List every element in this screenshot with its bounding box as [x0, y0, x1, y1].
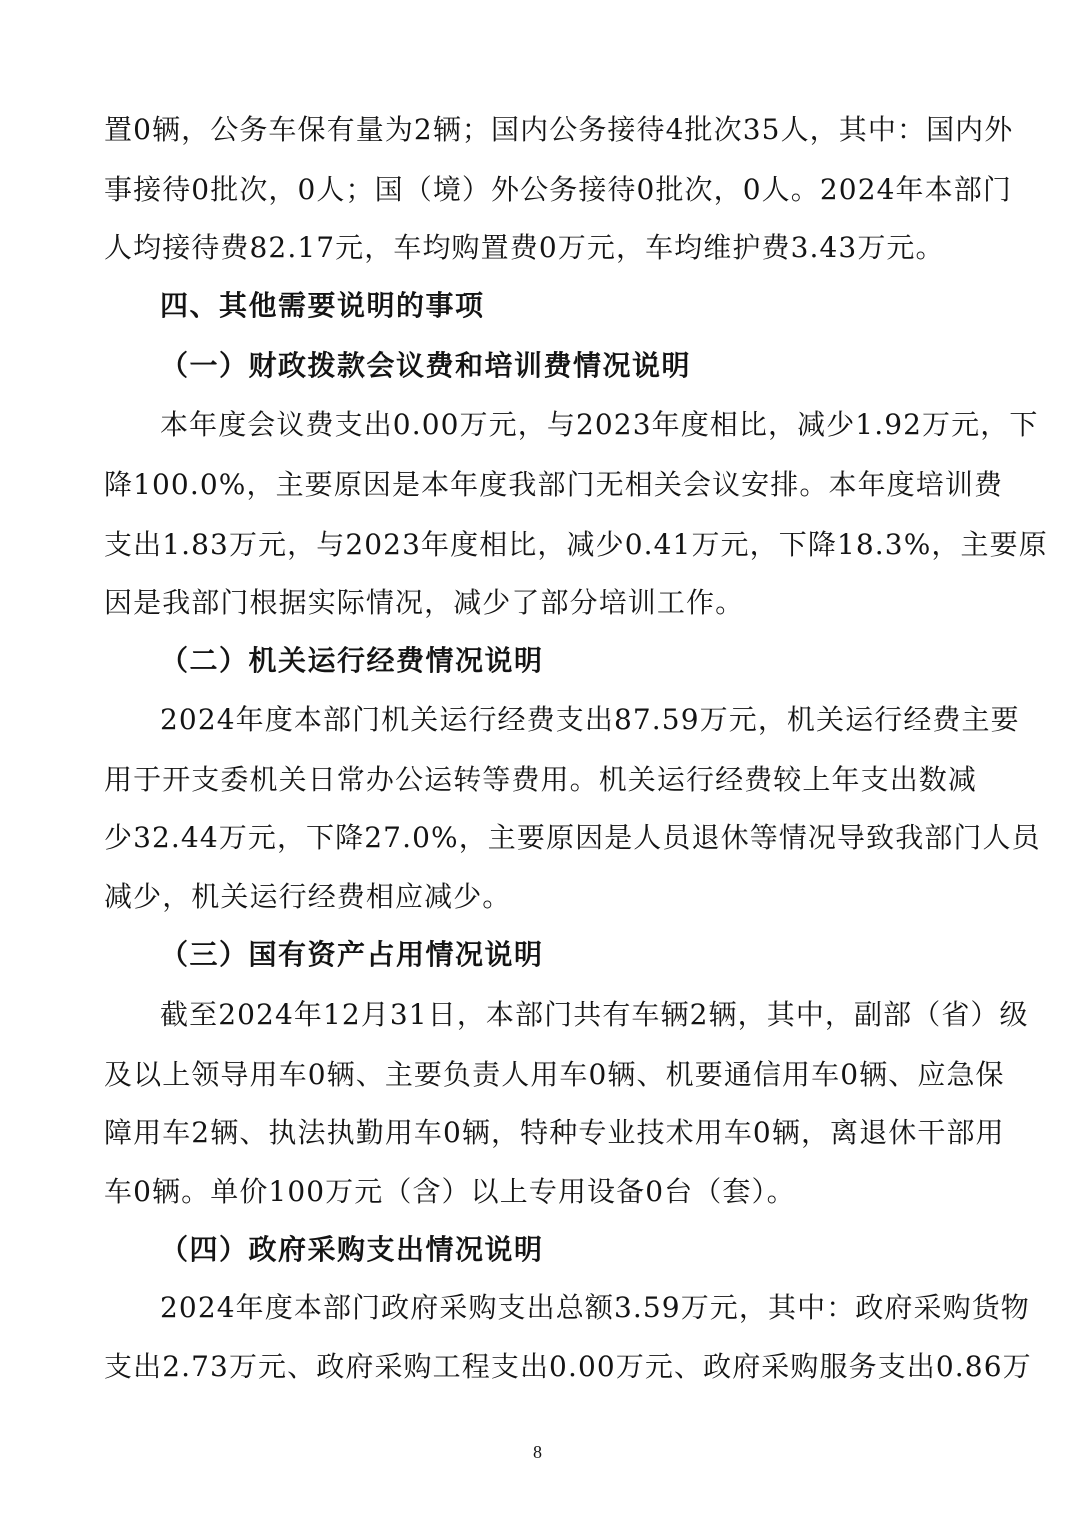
section-heading: 四、其他需要说明的事项: [160, 286, 485, 326]
body-text-line: 2024年度本部门机关运行经费支出87.59万元，机关运行经费主要: [160, 700, 970, 740]
body-text-line: 事接待0批次，0人；国（境）外公务接待0批次，0人。2024年本部门: [104, 170, 970, 210]
body-text-line: 因是我部门根据实际情况，减少了部分培训工作。: [104, 583, 970, 623]
body-text-line: 截至2024年12月31日，本部门共有车辆2辆，其中，副部（省）级: [160, 995, 970, 1035]
body-text-line: 置0辆，公务车保有量为2辆；国内公务接待4批次35人，其中：国内外: [104, 110, 970, 150]
body-text-line: 支出2.73万元、政府采购工程支出0.00万元、政府采购服务支出0.86万: [104, 1347, 970, 1387]
subsection-heading-operating-expenses: （二）机关运行经费情况说明: [160, 641, 544, 681]
body-text-line: 少32.44万元，下降27.0%，主要原因是人员退休等情况导致我部门人员: [104, 818, 970, 858]
subsection-heading-state-assets: （三）国有资产占用情况说明: [160, 935, 544, 975]
body-text-line: 车0辆。单价100万元（含）以上专用设备0台（套）。: [104, 1172, 970, 1212]
page-number: 8: [0, 1440, 1075, 1464]
body-text-line: 用于开支委机关日常办公运转等费用。机关运行经费较上年支出数减: [104, 760, 970, 800]
document-page: 置0辆，公务车保有量为2辆；国内公务接待4批次35人，其中：国内外 事接待0批次…: [0, 0, 1075, 1520]
body-text-line: 人均接待费82.17元，车均购置费0万元，车均维护费3.43万元。: [104, 228, 970, 268]
body-text-line: 及以上领导用车0辆、主要负责人用车0辆、机要通信用车0辆、应急保: [104, 1055, 970, 1095]
body-text-line: 本年度会议费支出0.00万元，与2023年度相比，减少1.92万元，下: [160, 405, 970, 445]
body-text-line: 减少，机关运行经费相应减少。: [104, 877, 970, 917]
subsection-heading-meeting-training: （一）财政拨款会议费和培训费情况说明: [160, 346, 691, 386]
body-text-line: 降100.0%，主要原因是本年度我部门无相关会议安排。本年度培训费: [104, 465, 970, 505]
body-text-line: 障用车2辆、执法执勤用车0辆，特种专业技术用车0辆，离退休干部用: [104, 1113, 970, 1153]
subsection-heading-government-procurement: （四）政府采购支出情况说明: [160, 1230, 544, 1270]
body-text-line: 2024年度本部门政府采购支出总额3.59万元，其中：政府采购货物: [160, 1288, 970, 1328]
body-text-line: 支出1.83万元，与2023年度相比，减少0.41万元，下降18.3%，主要原: [104, 525, 970, 565]
